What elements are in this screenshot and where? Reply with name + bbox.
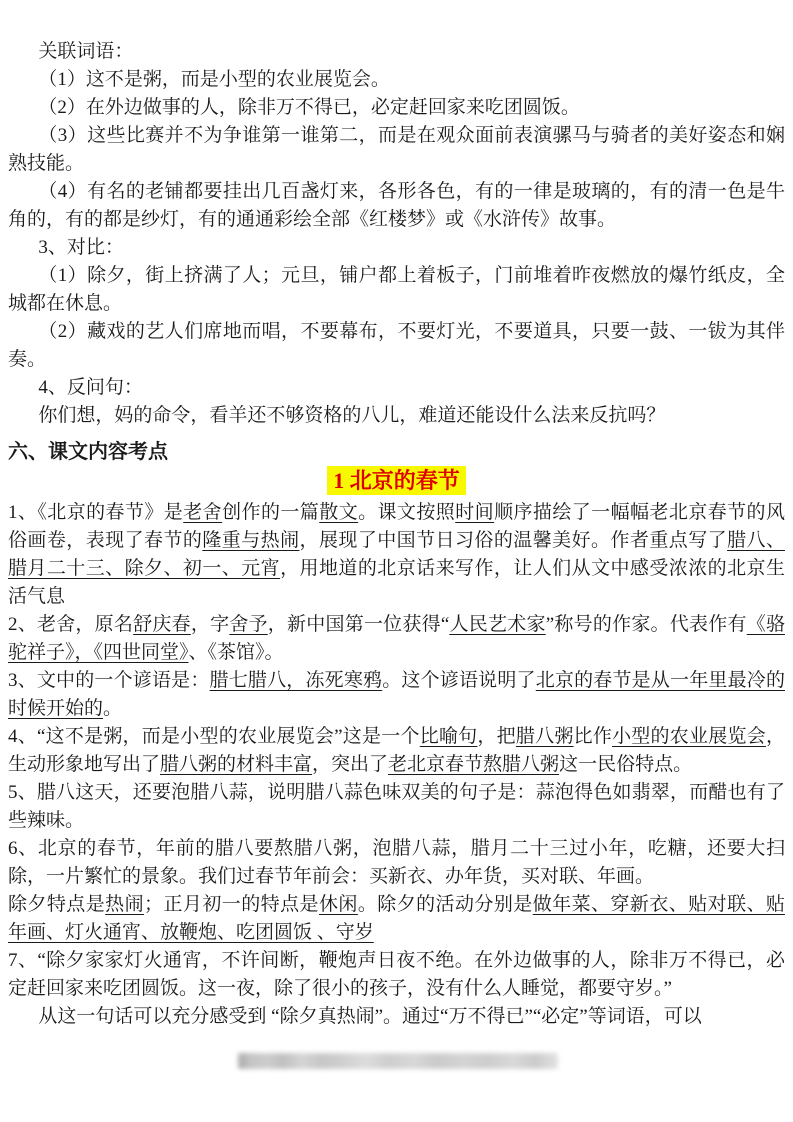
underlined-text: 小型的农业展览会 (612, 726, 766, 747)
contrast-item-2: （2）藏戏的艺人们席地而唱，不要幕布，不要灯光，不要道具，只要一鼓、一钹为其伴奏… (8, 318, 785, 374)
underlined-text: 散文 (319, 502, 358, 523)
lesson-title-row: 1 北京的春节 (8, 466, 785, 499)
text-run: ，突出了 (312, 754, 388, 775)
point-7: 7、“除夕家家灯火通宵，不许间断，鞭炮声日夜不绝。在外边做事的人，除非万不得已，… (8, 947, 785, 1003)
text-run: 。除夕的活动分别是 (358, 894, 533, 915)
point-6-continued: 除夕特点是热闹；正月初一的特点是休闲。除夕的活动分别是做年菜、穿新衣、贴对联、贴… (8, 891, 785, 947)
contrast-item-1: （1）除夕，街上挤满了人；元旦，铺户都上着板子，门前堆着昨夜燃放的爆竹纸皮，全城… (8, 262, 785, 318)
underlined-text: 舍予 (229, 614, 267, 635)
related-words-item-4: （4）有名的老铺都要挂出几百盏灯来，各形各色，有的一律是玻璃的，有的清一色是牛角… (8, 178, 785, 234)
text-run: 比作 (574, 726, 612, 747)
point-5: 5、腊八这天，还要泡腊八蒜，说明腊八蒜色味双美的句子是：蒜泡得色如翡翠，而醋也有… (8, 779, 785, 835)
related-words-item-1: （1）这不是粥，而是小型的农业展览会。 (8, 66, 785, 94)
underlined-text: 腊七腊八，冻死寒鸦 (210, 670, 383, 691)
text-run: ；正月初一的特点是 (144, 894, 319, 915)
point-3: 3、文中的一个谚语是：腊七腊八，冻死寒鸦。这个谚语说明了北京的春节是从一年里最冷… (8, 667, 785, 723)
text-run: 从这一句话可以充分感受到 “除夕真热闹”。通过“万不得已”“必定”等词语，可以 (38, 1006, 701, 1027)
text-run: 3、文中的一个谚语是： (8, 670, 210, 691)
point-1: 1、《北京的春节》是老舍创作的一篇散文。课文按照时间顺序描绘了一幅幅老北京春节的… (8, 499, 785, 611)
underlined-text: 休闲 (319, 894, 358, 915)
lesson-title-highlighted: 1 北京的春节 (327, 466, 466, 495)
section-heading: 六、课文内容考点 (8, 438, 785, 466)
underlined-text: 时间 (455, 502, 494, 523)
text-run: 5、腊八这天，还要泡腊八蒜，说明腊八蒜色味双美的句子是：蒜泡得色如翡翠，而醋也有… (8, 782, 785, 831)
related-words-item-2: （2）在外边做事的人，除非万不得已，必定赶回家来吃团圆饭。 (8, 94, 785, 122)
related-words-item-3: （3）这些比赛并不为争谁第一谁第二，而是在观众面前表演骡马与骑者的美好姿态和娴熟… (8, 122, 785, 178)
underlined-text: 比喻句 (420, 726, 478, 747)
text-run: ，把 (477, 726, 515, 747)
text-run: 创作的一篇 (222, 502, 319, 523)
text-run: 2、老舍，原名 (8, 614, 133, 635)
scanned-study-notes-page: { "document": { "colors": { "body_text":… (0, 0, 793, 1122)
underlined-text: 人民艺术家 (449, 614, 545, 635)
text-run: 。课文按照 (358, 502, 455, 523)
text-run: 4、“这不是粥，而是小型的农业展览会”这是一个 (8, 726, 420, 747)
rhetorical-item-1: 你们想，妈的命令，看羊还不够资格的八儿，难道还能设什么法来反抗吗？ (8, 402, 785, 430)
text-run: ，展现了中国节日习俗的温馨美好。作者重点写了 (300, 530, 728, 551)
related-words-label: 关联词语： (8, 38, 785, 66)
point-7-analysis: 从这一句话可以充分感受到 “除夕真热闹”。通过“万不得已”“必定”等词语，可以 (8, 1003, 785, 1031)
text-run: 6、北京的春节，年前的腊八要熬腊八粥，泡腊八蒜，腊月二十三过小年，吃糖，还要大扫… (8, 838, 785, 887)
document-page: 关联词语： （1）这不是粥，而是小型的农业展览会。 （2）在外边做事的人，除非万… (0, 0, 793, 1031)
watermark-blur (238, 1053, 558, 1069)
text-run: 、《茶馆》。 (189, 642, 284, 663)
underlined-text: 隆重与热闹 (202, 530, 299, 551)
point-6: 6、北京的春节，年前的腊八要熬腊八粥，泡腊八蒜，腊月二十三过小年，吃糖，还要大扫… (8, 835, 785, 891)
underlined-text: 老舍 (183, 502, 222, 523)
point-2: 2、老舍，原名舒庆春，字舍予，新中国第一位获得“人民艺术家”称号的作家。代表作有… (8, 611, 785, 667)
rhetorical-label: 4、反问句： (8, 374, 785, 402)
underlined-text: 热闹 (105, 894, 144, 915)
text-run: ”称号的作家。代表作有 (546, 614, 747, 635)
text-run: 这一民俗特点。 (559, 754, 692, 775)
text-run: ，新中国第一位获得“ (268, 614, 450, 635)
text-run: 。这个谚语说明了 (382, 670, 536, 691)
text-run: 1、《北京的春节》是 (8, 502, 183, 523)
text-run: ，字 (191, 614, 229, 635)
contrast-label: 3、对比： (8, 234, 785, 262)
text-run: 。 (103, 698, 122, 719)
text-run: 7、“除夕家家灯火通宵，不许间断，鞭炮声日夜不绝。在外边做事的人，除非万不得已，… (8, 950, 785, 999)
underlined-text: 舒庆春 (133, 614, 191, 635)
point-4: 4、“这不是粥，而是小型的农业展览会”这是一个比喻句，把腊八粥比作小型的农业展览… (8, 723, 785, 779)
underlined-text: 腊八粥 (516, 726, 574, 747)
text-run: 除夕特点是 (8, 894, 105, 915)
underlined-text: 老北京春节熬腊八粥 (388, 754, 559, 775)
underlined-text: 腊八粥的材料丰富 (160, 754, 312, 775)
